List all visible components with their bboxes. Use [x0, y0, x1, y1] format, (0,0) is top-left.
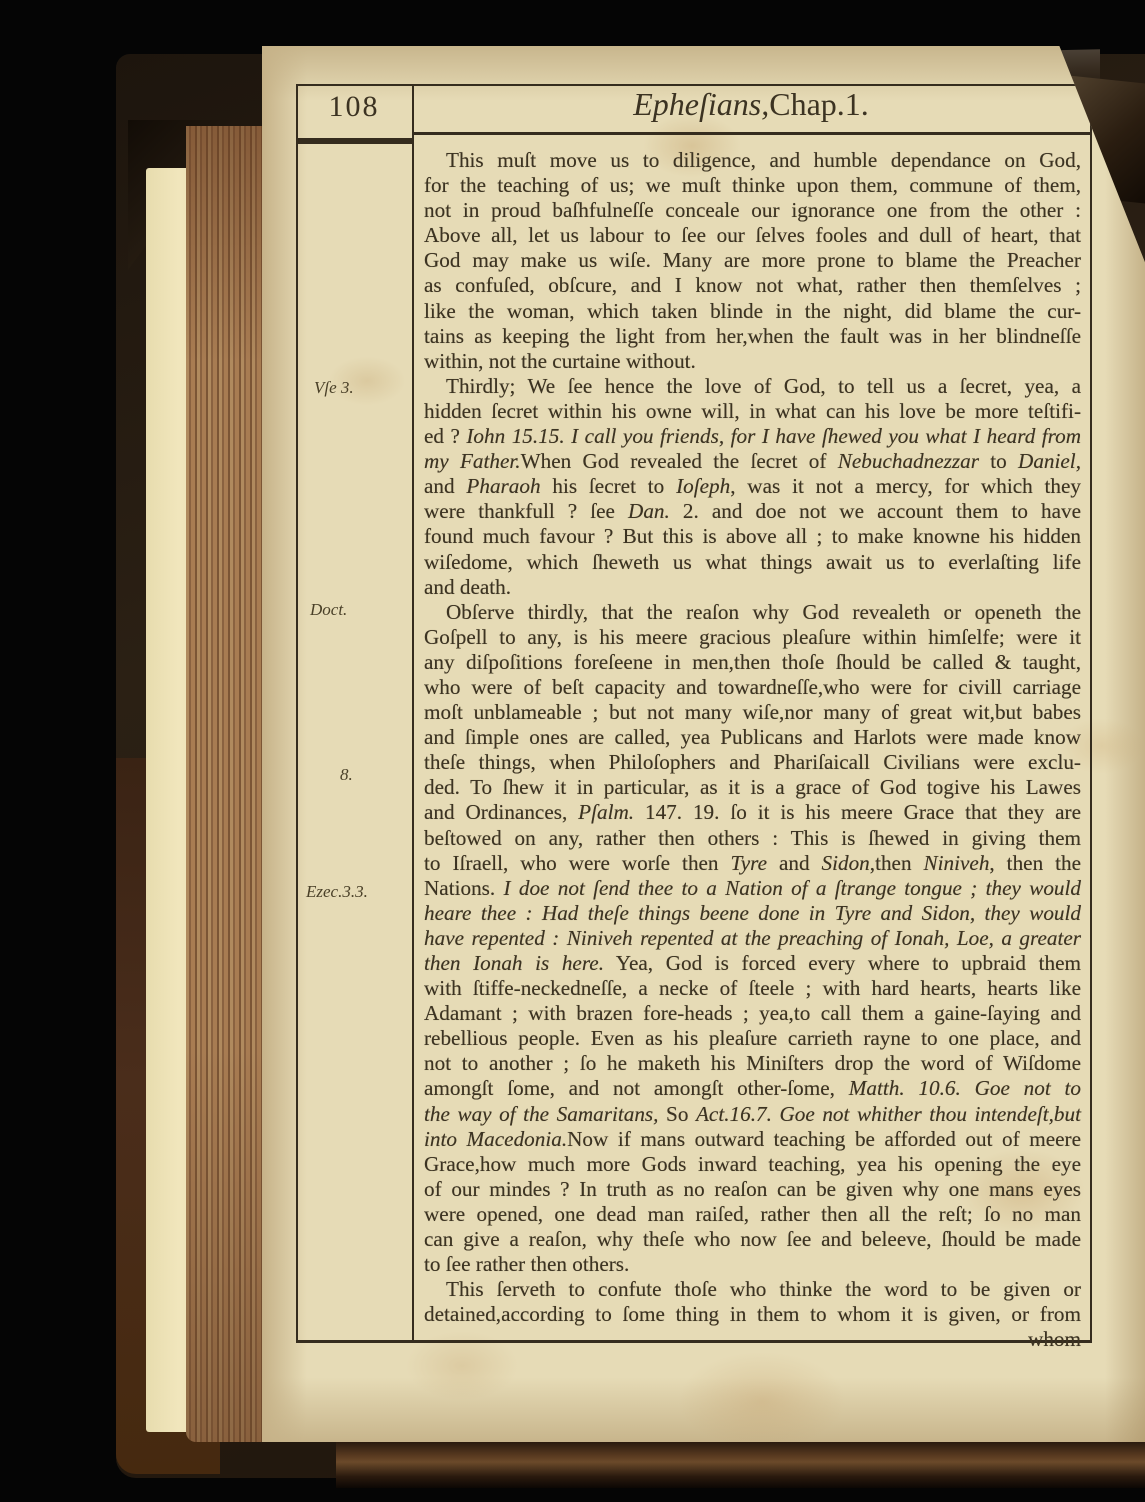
text-line: to ſee rather then others. — [424, 1252, 1081, 1277]
margin-note: Ezec.3.3. — [306, 882, 368, 902]
text-line: rebellious people. Even as his pleaſure … — [424, 1026, 1081, 1051]
text-column: This muſt move us to diligence, and humb… — [424, 148, 1081, 1353]
text-line: can give a reaſon, why theſe who now ſee… — [424, 1227, 1081, 1252]
text-line: and Ordinances, Pſalm. 147. 19. ſo it is… — [424, 800, 1081, 825]
text-line: Goſpell to any, is his meere gracious pl… — [424, 625, 1081, 650]
text-line: were opened, one dead man raiſed, rather… — [424, 1202, 1081, 1227]
text-line: within, not the curtaine without. — [424, 349, 1081, 374]
text-line: as confuſed, obſcure, and I know not wha… — [424, 273, 1081, 298]
text-line: ded. To ſhew it in particular, as it is … — [424, 775, 1081, 800]
text-line: wiſedome, which ſheweth us what things a… — [424, 550, 1081, 575]
text-line: the way of the Samaritans, So Act.16.7. … — [424, 1102, 1081, 1127]
margin-column-divider-rule — [412, 84, 414, 1342]
text-line: of our mindes ? In truth as no reaſon ca… — [424, 1177, 1081, 1202]
text-line: God may make us wiſe. Many are more pron… — [424, 248, 1081, 273]
text-line: Adamant ; with brazen fore-heads ; yea,t… — [424, 1001, 1081, 1026]
header-rule-main — [412, 132, 1092, 135]
text-line: found much favour ? But this is above al… — [424, 524, 1081, 549]
text-line: were thankfull ? ſee Dan. 2. and doe not… — [424, 499, 1081, 524]
text-line: This ſerveth to confute thoſe who thinke… — [424, 1277, 1081, 1302]
text-line: hidden ſecret within his owne will, in w… — [424, 399, 1081, 424]
running-title-book: Epheſians, — [633, 86, 769, 122]
text-line: any diſpoſitions foreſeene in men,then t… — [424, 650, 1081, 675]
text-line: amongſt ſome, and not amongſt other-ſome… — [424, 1076, 1081, 1101]
margin-note: 8. — [340, 765, 353, 785]
photo-of-book-page: { "colors": { "cover": "#261b10", "spine… — [0, 0, 1145, 1502]
text-line: theſe things, when Philoſophers and Phar… — [424, 750, 1081, 775]
text-line: moſt unblameable ; but not many wiſe,nor… — [424, 700, 1081, 725]
text-line: ed ? Iohn 15.15. I call you friends, for… — [424, 424, 1081, 449]
margin-note: Doct. — [310, 600, 347, 620]
text-line: have repented : Niniveh repented at the … — [424, 926, 1081, 951]
text-line: with ſtiffe-neckedneſſe, a necke of ſtee… — [424, 976, 1081, 1001]
text-line: not in proud baſhfulneſſe conceale our i… — [424, 198, 1081, 223]
text-line: This muſt move us to diligence, and humb… — [424, 148, 1081, 173]
frame-rule-right — [1090, 84, 1092, 1342]
text-line: not to another ; ſo he maketh his Miniſt… — [424, 1051, 1081, 1076]
text-line: for the teaching of us; we muſt thinke u… — [424, 173, 1081, 198]
text-line: who were of beſt capacity and towardneſſ… — [424, 675, 1081, 700]
margin-column: Vſe 3.Doct.8.Ezec.3.3. — [262, 46, 412, 1342]
text-line: Grace,how much more Gods inward teaching… — [424, 1152, 1081, 1177]
book-cover-bottom-edge — [336, 1436, 1145, 1488]
text-line: heare thee : Had theſe things beene done… — [424, 901, 1081, 926]
text-line: detained,according to ſome thing in them… — [424, 1302, 1081, 1327]
book-page: 108 Epheſians,Chap.1. VER.9. Vſe 3.Doct.… — [262, 46, 1145, 1442]
text-line: my Father.When God revealed the ſecret o… — [424, 449, 1081, 474]
text-line: and ſimple ones are called, yea Publican… — [424, 725, 1081, 750]
text-line: into Macedonia.Now if mans outward teach… — [424, 1127, 1081, 1152]
text-line: beſtowed on any, rather then others : Th… — [424, 826, 1081, 851]
margin-note: Vſe 3. — [314, 378, 354, 398]
text-line: Nations. I doe not ſend thee to a Nation… — [424, 876, 1081, 901]
text-line: like the woman, which taken blinde in th… — [424, 299, 1081, 324]
text-line: Thirdly; We ſee hence the love of God, t… — [424, 374, 1081, 399]
text-line: and Pharaoh his ſecret to Ioſeph, was it… — [424, 474, 1081, 499]
text-line: then Ionah is here. Yea, God is forced e… — [424, 951, 1081, 976]
text-line: to Iſraell, who were worſe then Tyre and… — [424, 851, 1081, 876]
page-block-fore-edge — [186, 126, 274, 1442]
text-line: and death. — [424, 575, 1081, 600]
text-line: Obſerve thirdly, that the reaſon why God… — [424, 600, 1081, 625]
text-line: tains as keeping the light from her,when… — [424, 324, 1081, 349]
catchword-line: whom — [424, 1327, 1081, 1352]
text-line: Above all, let us labour to ſee our ſelv… — [424, 223, 1081, 248]
